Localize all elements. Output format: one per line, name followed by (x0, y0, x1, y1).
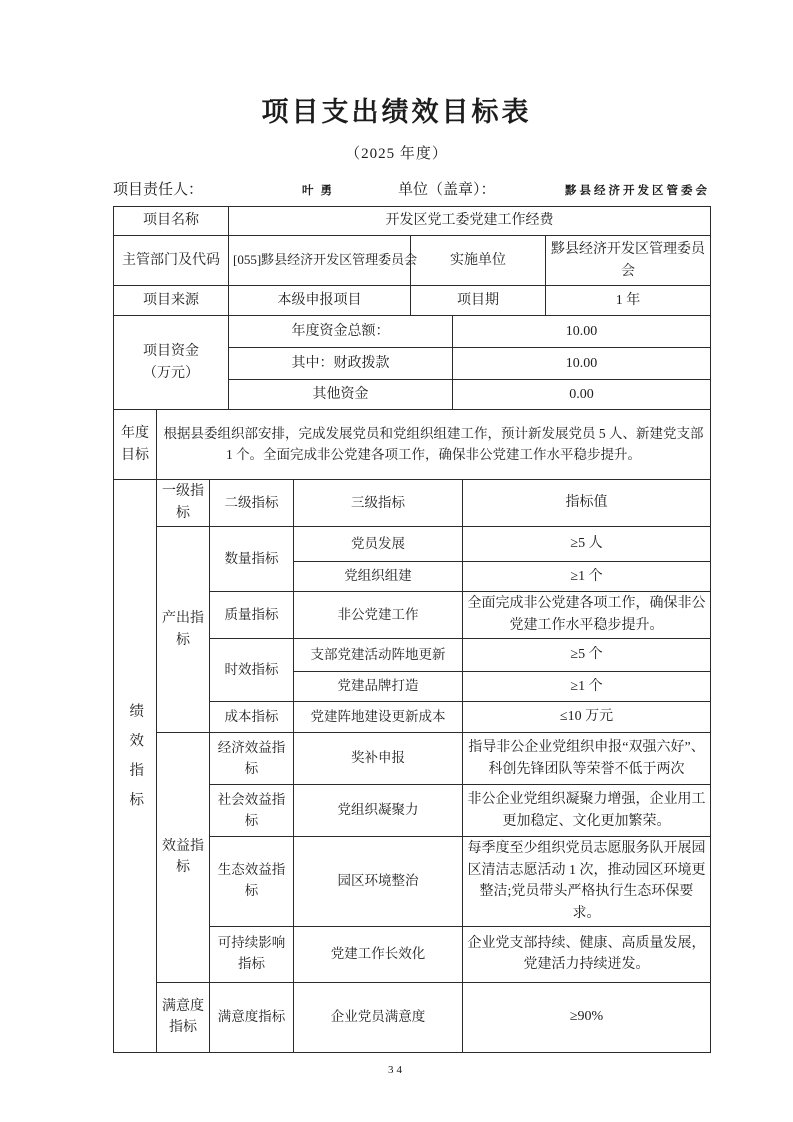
project-name-value: 开发区党工委党建工作经费 (229, 207, 711, 236)
header-level3: 三级指标 (294, 480, 463, 527)
indicator-name: 党建阵地建设更新成本 (294, 702, 463, 733)
header-level1: 一级指标 (157, 480, 210, 527)
ecology-label: 生态效益指标 (210, 837, 294, 927)
annual-goal-text: 根据县委组织部安排，完成发展党员和党组织组建工作，预计新发展党员 5 人、新建党… (157, 410, 711, 480)
period-label: 项目期 (411, 286, 546, 316)
annual-goal-table: 年度 目标 根据县委组织部安排，完成发展党员和党组织组建工作，预计新发展党员 5… (113, 409, 711, 480)
funds-other-value: 0.00 (453, 380, 711, 410)
unit-label: 单位（盖章）： (398, 178, 496, 199)
indicator-value: 全面完成非公党建各项工作，确保非公党建工作水平稳步提升。 (463, 592, 711, 639)
responsible-group: 项目责任人： 叶勇 (113, 178, 398, 199)
unit-group: 单位（盖章）： 黟县经济开发区管委会 (398, 178, 710, 199)
funds-total-label: 年度资金总额： (229, 316, 453, 348)
project-name-label: 项目名称 (114, 207, 229, 236)
source-label: 项目来源 (114, 286, 229, 316)
dept-label: 主管部门及代码 (114, 236, 229, 286)
indicator-name: 企业党员满意度 (294, 982, 463, 1052)
indicator-value: 指导非公企业党组织申报“双强六好”、科创先锋团队等荣誉不低于两次 (463, 733, 711, 785)
funds-total-value: 10.00 (453, 316, 711, 348)
indicator-name: 园区环境整治 (294, 837, 463, 927)
indicator-name: 党建品牌打造 (294, 672, 463, 702)
satisfaction-group-label: 满意度指标 (157, 982, 210, 1052)
indicator-value: 每季度至少组织党员志愿服务队开展园区清洁志愿活动 1 次，推动园区环境更整洁;党… (463, 837, 711, 927)
performance-indicator-table: 绩效指标 一级指标 二级指标 三级指标 指标值 产出指标 数量指标 党员发展 ≥… (113, 479, 711, 1053)
satisfaction-label: 满意度指标 (210, 982, 294, 1052)
dept-value: [055]黟县经济开发区管理委员会 (229, 236, 411, 286)
timeliness-label: 时效指标 (210, 639, 294, 702)
indicator-name: 党建工作长效化 (294, 926, 463, 982)
impl-label: 实施单位 (411, 236, 546, 286)
indicator-value: 企业党支部持续、健康、高质量发展，党建活力持续迸发。 (463, 926, 711, 982)
responsible-label: 项目责任人： (113, 178, 203, 199)
perf-side-label-text: 绩效指标 (128, 703, 143, 821)
perf-side-label: 绩效指标 (114, 480, 157, 1053)
indicator-value: ≥1 个 (463, 562, 711, 592)
output-group-label: 产出指标 (157, 527, 210, 733)
quantity-label: 数量指标 (210, 527, 294, 592)
period-value: 1 年 (546, 286, 711, 316)
indicator-name: 党组织凝聚力 (294, 785, 463, 837)
source-value: 本级申报项目 (229, 286, 411, 316)
funds-fiscal-value: 10.00 (453, 348, 711, 380)
annual-goal-label: 年度 目标 (114, 410, 157, 480)
unit-value: 黟县经济开发区管委会 (496, 182, 710, 198)
document-title: 项目支出绩效目标表 (0, 0, 793, 129)
funds-fiscal-label: 其中：财政拨款 (229, 348, 453, 380)
indicator-value: ≥90% (463, 982, 711, 1052)
responsible-value: 叶勇 (203, 182, 398, 198)
quality-label: 质量指标 (210, 592, 294, 639)
project-info-table: 项目名称 开发区党工委党建工作经费 主管部门及代码 [055]黟县经济开发区管理… (113, 206, 711, 410)
indicator-name: 支部党建活动阵地更新 (294, 639, 463, 672)
social-label: 社会效益指标 (210, 785, 294, 837)
indicator-name: 奖补申报 (294, 733, 463, 785)
indicator-name: 党员发展 (294, 527, 463, 562)
sustainability-label: 可持续影响指标 (210, 926, 294, 982)
funds-other-label: 其他资金 (229, 380, 453, 410)
indicator-name: 党组织组建 (294, 562, 463, 592)
cost-label: 成本指标 (210, 702, 294, 733)
funds-label: 项目资金 （万元） (114, 316, 229, 410)
header-value: 指标值 (463, 480, 711, 527)
indicator-value: ≥5 人 (463, 527, 711, 562)
indicator-value: ≥1 个 (463, 672, 711, 702)
indicator-value: ≤10 万元 (463, 702, 711, 733)
document-page: 项目支出绩效目标表 （2025 年度） 项目责任人： 叶勇 单位（盖章）： 黟县… (0, 0, 793, 1122)
economic-label: 经济效益指标 (210, 733, 294, 785)
indicator-name: 非公党建工作 (294, 592, 463, 639)
header-level2: 二级指标 (210, 480, 294, 527)
indicator-value: ≥5 个 (463, 639, 711, 672)
impl-value: 黟县经济开发区管理委员会 (546, 236, 711, 286)
document-subtitle: （2025 年度） (0, 142, 793, 163)
indicator-value: 非公企业党组织凝聚力增强，企业用工更加稳定、文化更加繁荣。 (463, 785, 711, 837)
benefit-group-label: 效益指标 (157, 733, 210, 983)
page-number: 34 (0, 1064, 793, 1076)
meta-line: 项目责任人： 叶勇 单位（盖章）： 黟县经济开发区管委会 (113, 178, 710, 199)
